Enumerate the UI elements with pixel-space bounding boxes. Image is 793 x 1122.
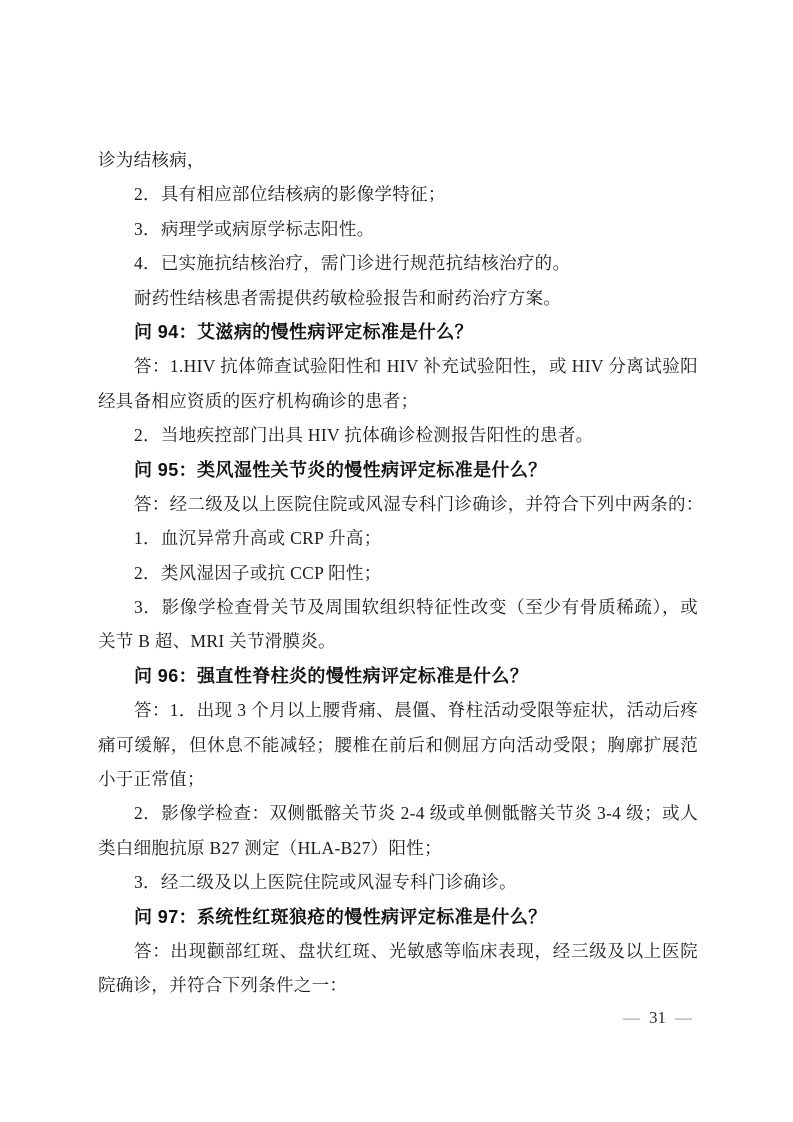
page-number-right-dash: — [675, 1008, 692, 1027]
text-line: 3．影像学检查骨关节及周围软组织特征性改变（至少有骨质稀疏），或 [98, 590, 698, 624]
text-line: 4．已实施抗结核治疗，需门诊进行规范抗结核治疗的。 [98, 246, 698, 280]
question-heading: 问 95：类风湿性关节炎的慢性病评定标准是什么？ [98, 453, 698, 487]
page-number-value: 31 [649, 1008, 666, 1027]
text-line: 2．当地疾控部门出具 HIV 抗体确诊检测报告阳性的患者。 [98, 418, 698, 452]
text-line: 类白细胞抗原 B27 测定（HLA-B27）阳性； [98, 831, 698, 865]
text-line: 答：1．出现 3 个月以上腰背痛、晨僵、脊柱活动受限等症状，活动后疼 [98, 693, 698, 727]
text-line: 3．经二级及以上医院住院或风湿专科门诊确诊。 [98, 865, 698, 899]
text-line: 答：出现颧部红斑、盘状红斑、光敏感等临床表现，经三级及以上医院住 [98, 934, 698, 968]
text-line: 2．类风湿因子或抗 CCP 阳性； [98, 556, 698, 590]
question-heading: 问 94：艾滋病的慢性病评定标准是什么？ [98, 315, 698, 349]
text-line: 1．血沉异常升高或 CRP 升高； [98, 521, 698, 555]
text-line: 3．病理学或病原学标志阳性。 [98, 212, 698, 246]
document-page: 诊为结核病，2．具有相应部位结核病的影像学特征；3．病理学或病原学标志阳性。4．… [0, 0, 793, 1122]
text-line: 院确诊，并符合下列条件之一： [98, 968, 698, 1002]
text-line: 痛可缓解，但休息不能减轻；腰椎在前后和侧屈方向活动受限；胸廓扩展范围 [98, 728, 698, 762]
text-line: 2．影像学检查：双侧骶髂关节炎 2-4 级或单侧骶髂关节炎 3-4 级；或人 [98, 796, 698, 830]
page-number: —31— [623, 1006, 692, 1030]
text-line: 耐药性结核患者需提供药敏检验报告和耐药治疗方案。 [98, 281, 698, 315]
text-line: 2．具有相应部位结核病的影像学特征； [98, 177, 698, 211]
text-line: 诊为结核病， [98, 143, 698, 177]
page-number-left-dash: — [623, 1008, 640, 1027]
text-line: 经具备相应资质的医疗机构确诊的患者； [98, 384, 698, 418]
text-line: 小于正常值； [98, 762, 698, 796]
document-content: 诊为结核病，2．具有相应部位结核病的影像学特征；3．病理学或病原学标志阳性。4．… [98, 143, 698, 1003]
question-heading: 问 97：系统性红斑狼疮的慢性病评定标准是什么？ [98, 900, 698, 934]
question-heading: 问 96：强直性脊柱炎的慢性病评定标准是什么？ [98, 659, 698, 693]
text-line: 答：1.HIV 抗体筛查试验阳性和 HIV 补充试验阳性，或 HIV 分离试验阳… [98, 349, 698, 383]
text-line: 答：经二级及以上医院住院或风湿专科门诊确诊，并符合下列中两条的： [98, 487, 698, 521]
text-line: 关节 B 超、MRI 关节滑膜炎。 [98, 624, 698, 658]
